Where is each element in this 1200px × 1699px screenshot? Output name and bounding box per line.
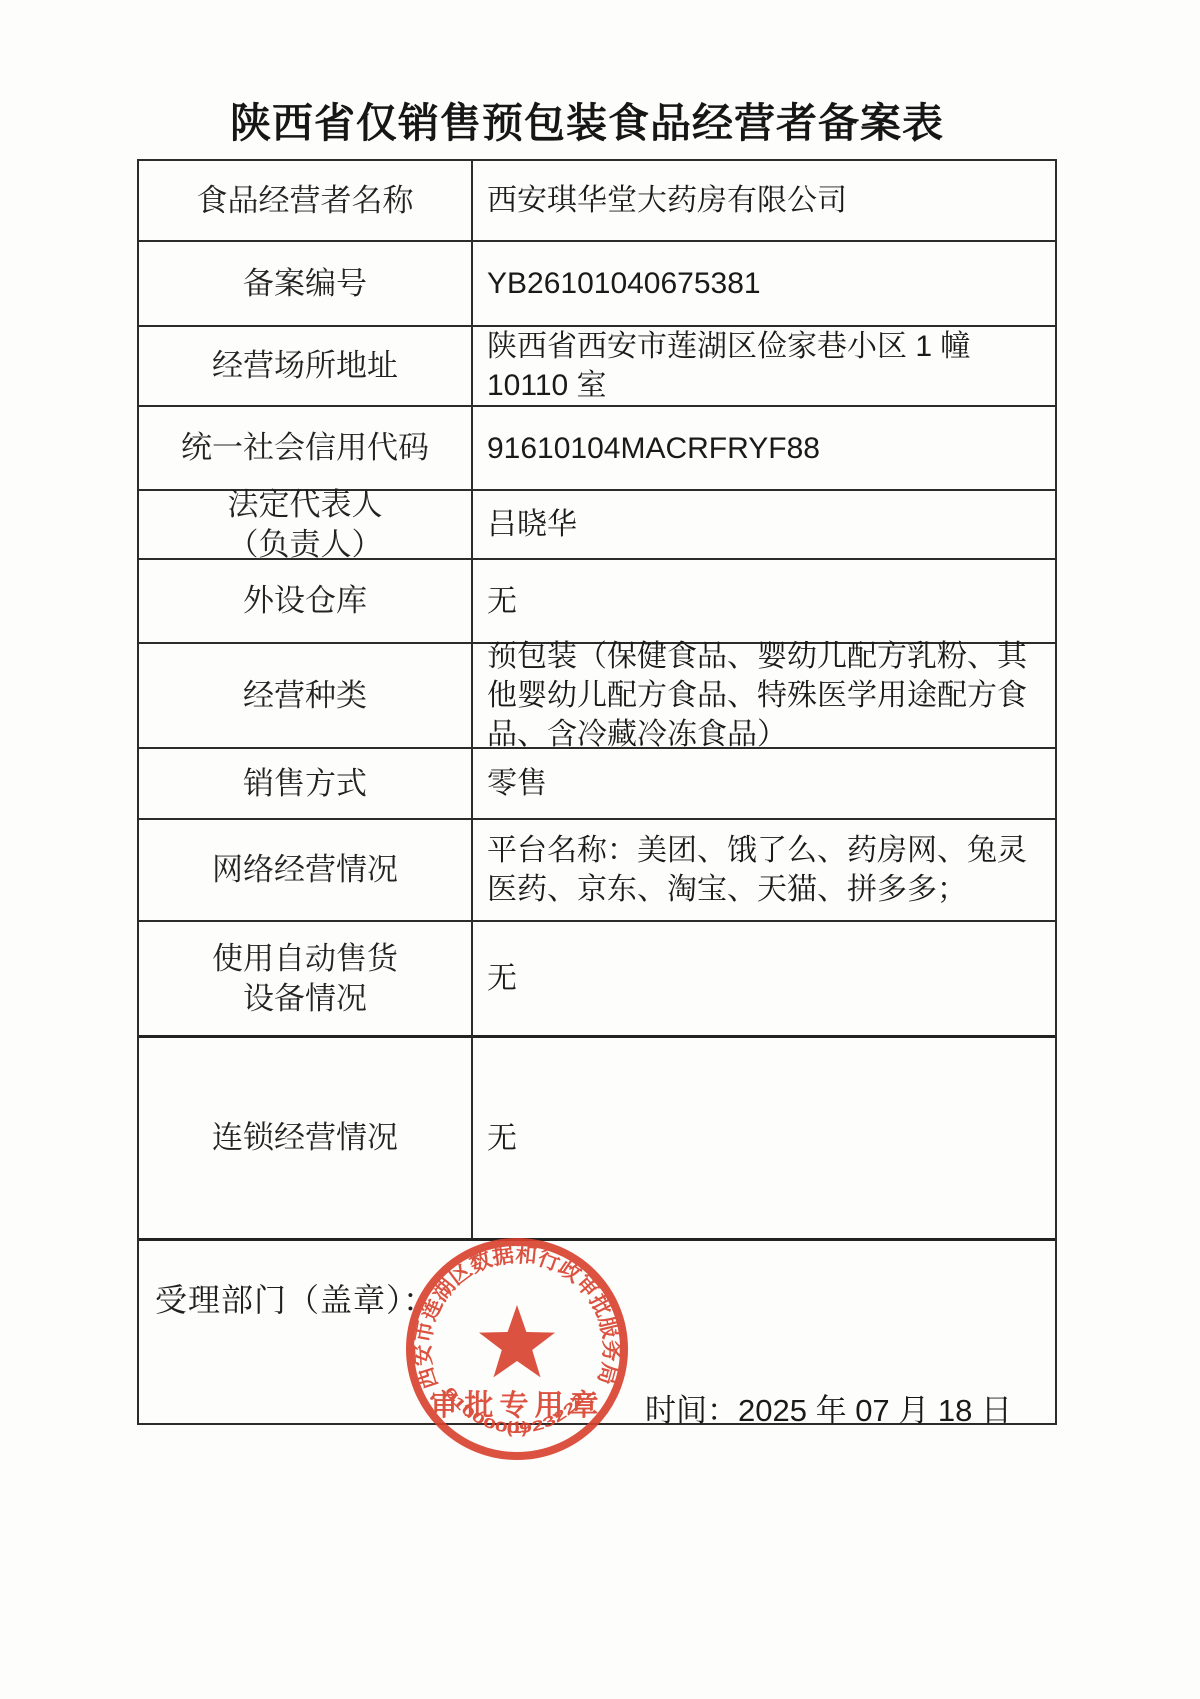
row-label-sales-method: 销售方式 <box>139 747 473 818</box>
scanned-document-page: 陕西省仅销售预包装食品经营者备案表 食品经营者名称 西安琪华堂大药房有限公司 备… <box>0 0 1200 1699</box>
footer-section: 受理部门（盖章）： 时间：2025 年 07 月 18 日 <box>139 1238 1055 1423</box>
row-value-chain-business: 无 <box>473 1035 1055 1238</box>
row-label-chain-business: 连锁经营情况 <box>139 1035 473 1238</box>
date-label: 时间：2025 年 07 月 18 日 <box>645 1385 1012 1430</box>
row-label-record-number: 备案编号 <box>139 240 473 325</box>
row-value-credit-code: 91610104MACRFRYF88 <box>473 405 1055 489</box>
row-label-legal-rep: 法定代表人 （负责人） <box>139 489 473 558</box>
row-value-business-address: 陕西省西安市莲湖区俭家巷小区 1 幢 10110 室 <box>473 325 1055 405</box>
accepting-department-label: 受理部门（盖章）： <box>155 1275 436 1321</box>
row-label-business-address: 经营场所地址 <box>139 325 473 405</box>
row-label-operator-name: 食品经营者名称 <box>139 161 473 240</box>
row-value-operator-name: 西安琪华堂大药房有限公司 <box>473 161 1055 240</box>
row-label-external-warehouse: 外设仓库 <box>139 558 473 642</box>
row-value-business-category: 预包装（保健食品、婴幼儿配方乳粉、其他婴幼儿配方食品、特殊医学用途配方食品、含冷… <box>473 642 1055 747</box>
row-value-record-number: YB26101040675381 <box>473 240 1055 325</box>
row-label-vending-machine: 使用自动售货 设备情况 <box>139 920 473 1035</box>
row-label-online-business: 网络经营情况 <box>139 818 473 920</box>
registration-table: 食品经营者名称 西安琪华堂大药房有限公司 备案编号 YB261010406753… <box>137 159 1057 1425</box>
row-value-vending-machine: 无 <box>473 920 1055 1035</box>
row-value-legal-rep: 吕晓华 <box>473 489 1055 558</box>
row-label-credit-code: 统一社会信用代码 <box>139 405 473 489</box>
row-value-external-warehouse: 无 <box>473 558 1055 642</box>
row-value-sales-method: 零售 <box>473 747 1055 818</box>
page-title: 陕西省仅销售预包装食品经营者备案表 <box>117 90 1057 149</box>
row-value-online-business: 平台名称：美团、饿了么、药房网、兔灵医药、京东、淘宝、天猫、拼多多； <box>473 818 1055 920</box>
row-label-business-category: 经营种类 <box>139 642 473 747</box>
